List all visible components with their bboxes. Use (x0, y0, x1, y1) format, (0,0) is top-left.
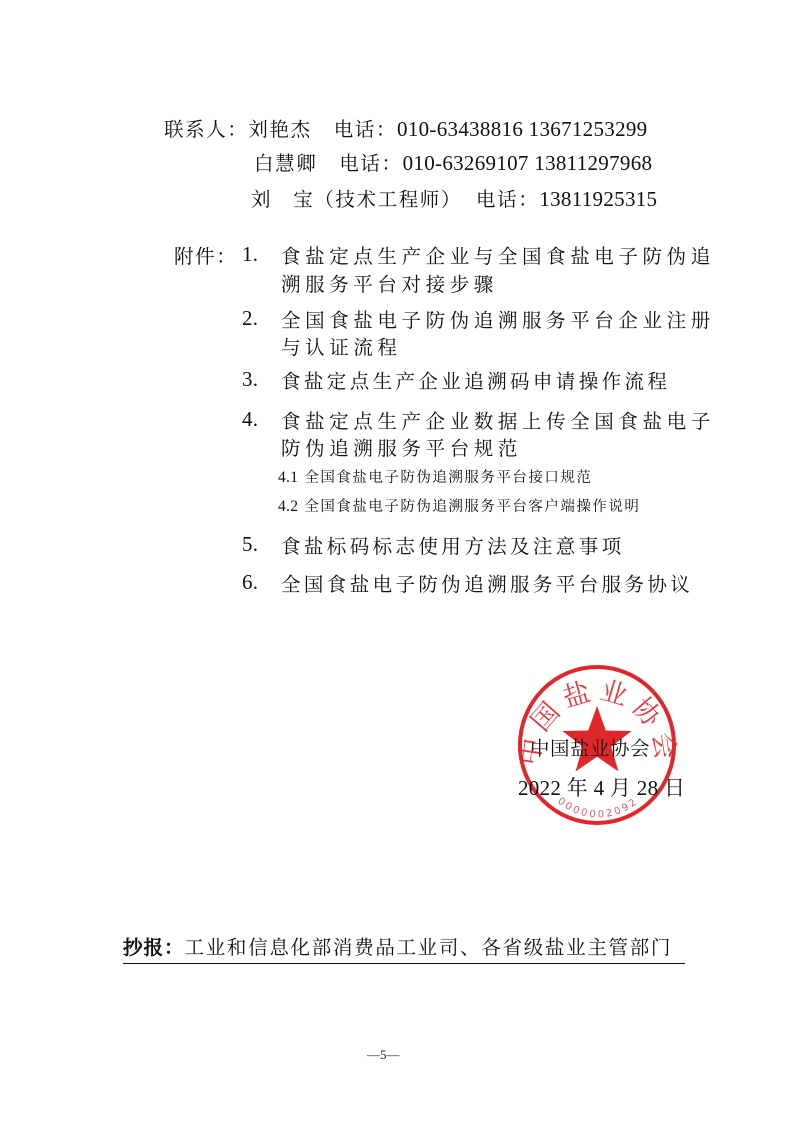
cc-recipients: 工业和信息化部消费品工业司、各省级盐业主管部门 (185, 936, 673, 959)
attachment-number: 1. (242, 242, 258, 267)
signing-date: 2022 年 4 月 28 日 (518, 772, 685, 802)
attachment-number: 2. (242, 306, 258, 331)
attachments-label: 附件： (174, 243, 237, 271)
phone-label: 电话： (334, 118, 397, 141)
contact-name: 刘艳杰 (248, 118, 311, 141)
attachment-title-4-line2: 防伪追溯服务平台规范 (281, 435, 522, 463)
attachment-title-2-line1: 全国食盐电子防伪追溯服务平台企业注册 (281, 307, 715, 335)
contact-phones: 010-63438816 13671253299 (397, 117, 647, 141)
attachment-title-6: 全国食盐电子防伪追溯服务平台服务协议 (281, 571, 693, 599)
contact-name: 白慧卿 (254, 152, 317, 175)
attachment-title-4-line1: 食盐定点生产企业数据上传全国食盐电子 (281, 408, 715, 436)
attachment-title-2-line2: 与认证流程 (281, 334, 402, 362)
attachment-subitem-4-2: 4.2 全国食盐电子防伪追溯服务平台客户端操作说明 (278, 496, 640, 518)
contact-phones: 13811925315 (539, 187, 657, 211)
contact-row-3: 刘 宝（技术工程师）电话：13811925315 (251, 185, 657, 214)
cc-label: 抄报： (123, 936, 185, 959)
page-number: —5— (367, 1047, 400, 1063)
attachment-number: 5. (242, 532, 258, 557)
contact-label: 联系人： (164, 118, 248, 141)
cc-line: 抄报：工业和信息化部消费品工业司、各省级盐业主管部门 (123, 932, 672, 960)
attachment-title-3: 食盐定点生产企业追溯码申请操作流程 (281, 368, 670, 396)
signing-organization: 中国盐业协会 (530, 733, 650, 761)
attachment-subitem-4-1: 4.1 全国食盐电子防伪追溯服务平台接口规范 (278, 467, 592, 489)
attachment-number: 3. (242, 367, 258, 392)
attachment-title-1-line2: 溯服务平台对接步骤 (281, 271, 498, 299)
phone-label: 电话： (476, 188, 539, 211)
attachment-number: 4. (242, 407, 258, 432)
contact-row-1: 联系人：刘艳杰电话：010-63438816 13671253299 (164, 115, 647, 144)
attachment-title-1-line1: 食盐定点生产企业与全国食盐电子防伪追 (281, 243, 715, 271)
contact-name: 刘 宝（技术工程师） (251, 188, 462, 211)
cc-divider (123, 963, 685, 964)
attachment-title-5: 食盐标码标志使用方法及注意事项 (281, 533, 625, 561)
contact-phones: 010-63269107 13811297968 (403, 151, 653, 175)
phone-label: 电话： (339, 152, 402, 175)
attachment-number: 6. (242, 570, 258, 595)
contact-row-2: 白慧卿电话：010-63269107 13811297968 (254, 149, 652, 178)
